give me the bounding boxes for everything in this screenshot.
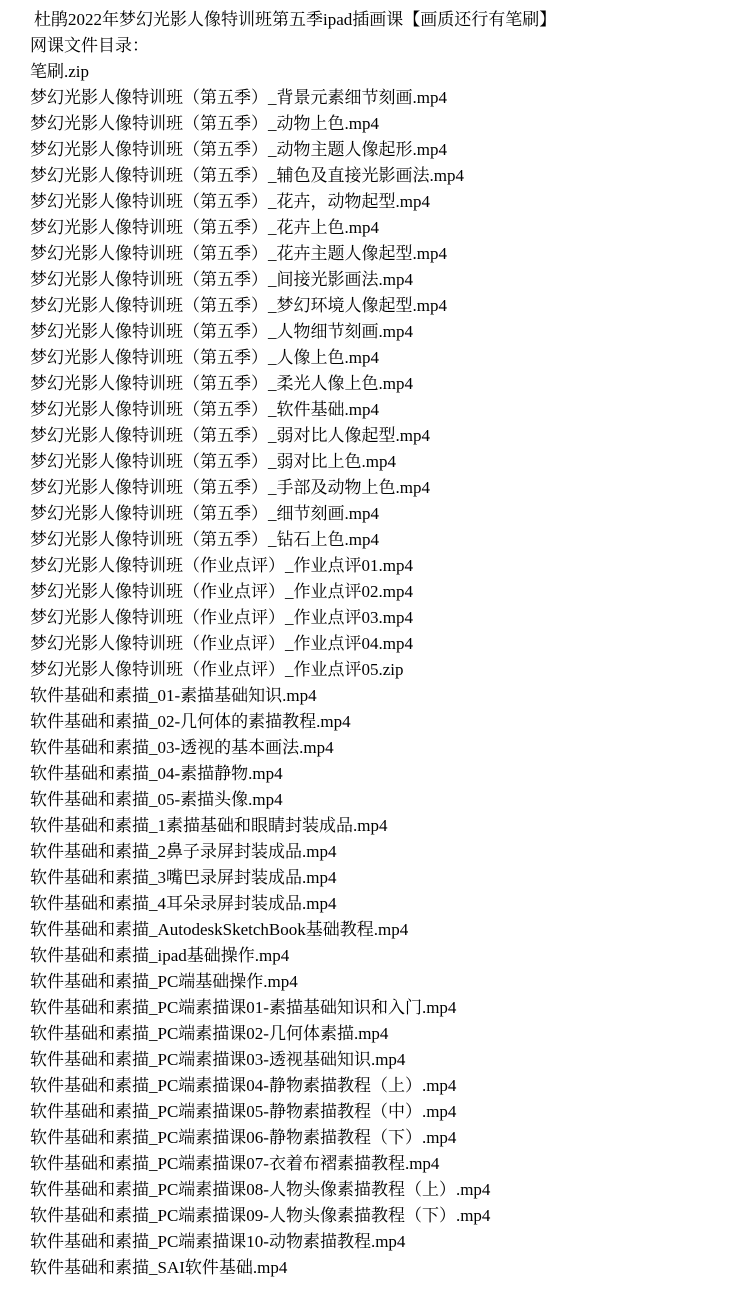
file-item: 软件基础和素描_ipad基础操作.mp4 <box>30 943 742 969</box>
file-item: 软件基础和素描_1素描基础和眼睛封装成品.mp4 <box>30 813 742 839</box>
course-file-directory: 杜鹃2022年梦幻光影人像特训班第五季ipad插画课【画质还行有笔刷】 网课文件… <box>0 0 750 1281</box>
file-item: 梦幻光影人像特训班（作业点评）_作业点评02.mp4 <box>30 579 742 605</box>
file-item: 梦幻光影人像特训班（第五季）_手部及动物上色.mp4 <box>30 475 742 501</box>
file-item: 梦幻光影人像特训班（第五季）_间接光影画法.mp4 <box>30 267 742 293</box>
file-item: 梦幻光影人像特训班（第五季）_辅色及直接光影画法.mp4 <box>30 163 742 189</box>
file-item: 梦幻光影人像特训班（第五季）_背景元素细节刻画.mp4 <box>30 85 742 111</box>
page-title: 杜鹃2022年梦幻光影人像特训班第五季ipad插画课【画质还行有笔刷】 <box>30 7 742 33</box>
file-item: 梦幻光影人像特训班（第五季）_动物上色.mp4 <box>30 111 742 137</box>
file-item: 软件基础和素描_2鼻子录屏封装成品.mp4 <box>30 839 742 865</box>
file-item: 软件基础和素描_PC端素描课05-静物素描教程（中）.mp4 <box>30 1099 742 1125</box>
file-item: 软件基础和素描_PC端素描课07-衣着布褶素描教程.mp4 <box>30 1151 742 1177</box>
file-item: 软件基础和素描_04-素描静物.mp4 <box>30 761 742 787</box>
file-item: 软件基础和素描_PC端素描课01-素描基础知识和入门.mp4 <box>30 995 742 1021</box>
file-item: 梦幻光影人像特训班（作业点评）_作业点评01.mp4 <box>30 553 742 579</box>
file-item: 软件基础和素描_PC端素描课02-几何体素描.mp4 <box>30 1021 742 1047</box>
file-item: 梦幻光影人像特训班（第五季）_软件基础.mp4 <box>30 397 742 423</box>
directory-label: 网课文件目录： <box>30 33 742 59</box>
file-item: 软件基础和素描_4耳朵录屏封装成品.mp4 <box>30 891 742 917</box>
file-item: 软件基础和素描_03-透视的基本画法.mp4 <box>30 735 742 761</box>
file-item: 软件基础和素描_PC端素描课03-透视基础知识.mp4 <box>30 1047 742 1073</box>
file-item: 软件基础和素描_PC端基础操作.mp4 <box>30 969 742 995</box>
file-item: 梦幻光影人像特训班（第五季）_花卉，动物起型.mp4 <box>30 189 742 215</box>
file-item: 软件基础和素描_PC端素描课08-人物头像素描教程（上）.mp4 <box>30 1177 742 1203</box>
file-item: 梦幻光影人像特训班（作业点评）_作业点评05.zip <box>30 657 742 683</box>
file-item: 梦幻光影人像特训班（第五季）_钻石上色.mp4 <box>30 527 742 553</box>
file-item: 软件基础和素描_PC端素描课10-动物素描教程.mp4 <box>30 1229 742 1255</box>
file-item: 梦幻光影人像特训班（第五季）_人物细节刻画.mp4 <box>30 319 742 345</box>
file-item: 梦幻光影人像特训班（第五季）_柔光人像上色.mp4 <box>30 371 742 397</box>
file-item: 梦幻光影人像特训班（第五季）_花卉上色.mp4 <box>30 215 742 241</box>
file-item: 软件基础和素描_02-几何体的素描教程.mp4 <box>30 709 742 735</box>
file-item: 梦幻光影人像特训班（第五季）_梦幻环境人像起型.mp4 <box>30 293 742 319</box>
file-item: 软件基础和素描_SAI软件基础.mp4 <box>30 1255 742 1281</box>
file-item: 软件基础和素描_PC端素描课06-静物素描教程（下）.mp4 <box>30 1125 742 1151</box>
file-item: 梦幻光影人像特训班（第五季）_人像上色.mp4 <box>30 345 742 371</box>
file-item: 软件基础和素描_PC端素描课04-静物素描教程（上）.mp4 <box>30 1073 742 1099</box>
file-item: 梦幻光影人像特训班（第五季）_花卉主题人像起型.mp4 <box>30 241 742 267</box>
file-item: 梦幻光影人像特训班（第五季）_弱对比上色.mp4 <box>30 449 742 475</box>
file-item: 软件基础和素描_PC端素描课09-人物头像素描教程（下）.mp4 <box>30 1203 742 1229</box>
file-item: 软件基础和素描_01-素描基础知识.mp4 <box>30 683 742 709</box>
file-item: 笔刷.zip <box>30 59 742 85</box>
file-item: 软件基础和素描_05-素描头像.mp4 <box>30 787 742 813</box>
file-item: 梦幻光影人像特训班（作业点评）_作业点评03.mp4 <box>30 605 742 631</box>
file-item: 软件基础和素描_AutodeskSketchBook基础教程.mp4 <box>30 917 742 943</box>
file-item: 软件基础和素描_3嘴巴录屏封装成品.mp4 <box>30 865 742 891</box>
file-item: 梦幻光影人像特训班（作业点评）_作业点评04.mp4 <box>30 631 742 657</box>
file-item: 梦幻光影人像特训班（第五季）_动物主题人像起形.mp4 <box>30 137 742 163</box>
file-item: 梦幻光影人像特训班（第五季）_细节刻画.mp4 <box>30 501 742 527</box>
file-list: 笔刷.zip梦幻光影人像特训班（第五季）_背景元素细节刻画.mp4梦幻光影人像特… <box>30 59 742 1281</box>
file-item: 梦幻光影人像特训班（第五季）_弱对比人像起型.mp4 <box>30 423 742 449</box>
